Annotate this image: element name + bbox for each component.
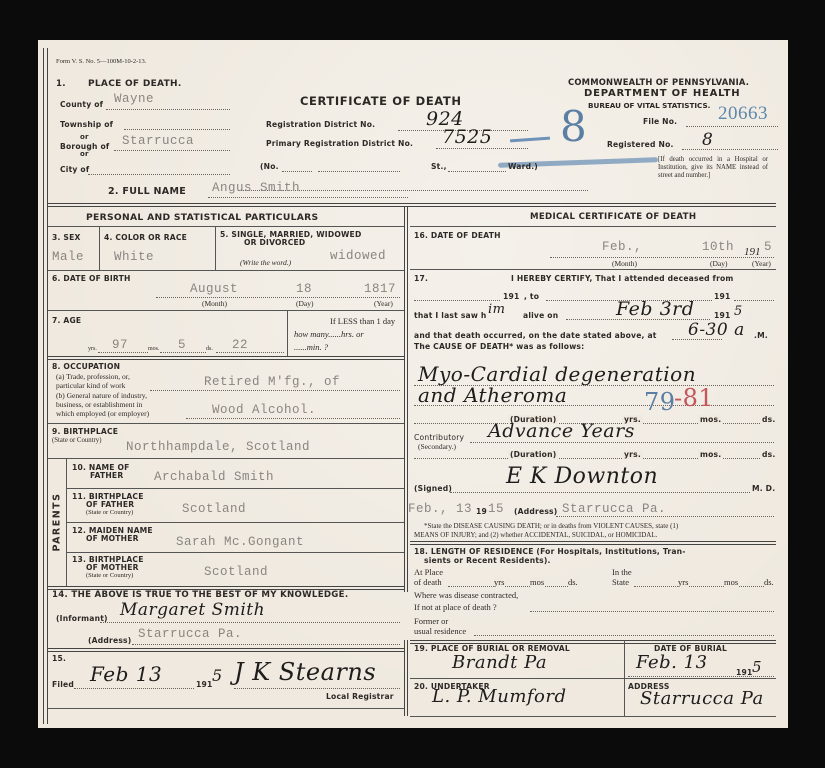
city-label: City of (60, 165, 89, 174)
hospital-note: [If death occurred in a Hospital or Inst… (658, 156, 768, 181)
mother-name-label-2: OF MOTHER (86, 534, 139, 543)
occ-a-label-2: particular kind of work (56, 381, 125, 390)
date-of-death-label: 16. DATE OF DEATH (414, 231, 501, 240)
ds-caption: ds. (206, 346, 213, 352)
father-birthplace-hint: (State or Country) (86, 509, 133, 516)
res-mos: mos (530, 577, 544, 587)
occ-b-label: (b) General nature of industry, (56, 391, 147, 400)
filed-year-suffix: 5 (212, 666, 223, 685)
informant-address-value: Starrucca Pa. (138, 627, 242, 641)
physician-address-value: Starrucca Pa. (562, 502, 666, 516)
father-birthplace-label-2: OF FATHER (86, 500, 134, 509)
mos-caption: mos. (148, 346, 160, 352)
dod-month-caption: (Month) (612, 259, 637, 268)
yrs-label-2: yrs. (622, 450, 643, 459)
undertaker-value: L. P. Mumford (432, 686, 567, 707)
certificate-title: CERTIFICATE OF DEATH (300, 94, 462, 108)
death-certificate: Form V. S. No. 5—100M-10-2-13. 1. PLACE … (38, 40, 788, 728)
death-occurred-label: and that death occurred, on the date sta… (414, 331, 657, 340)
informant-heading: 14. THE ABOVE IS TRUE TO THE BEST OF MY … (52, 590, 348, 600)
place-of-death-heading: PLACE OF DEATH. (88, 79, 182, 89)
signed-year-suffix: 15 (488, 502, 504, 516)
age-years: 97 (112, 338, 128, 352)
time-suffix: .M. (754, 331, 768, 340)
dod-day-caption: (Day) (710, 259, 728, 268)
primary-registration-annotation: 8 (560, 102, 587, 151)
birthplace-value: Northhampdale, Scotland (126, 440, 310, 454)
sex-value: Male (52, 250, 84, 264)
filed-year-prefix: 191 (196, 680, 212, 689)
contracted-label-2: If not at place of death ? (414, 602, 497, 612)
race-label: 4. COLOR OR RACE (104, 233, 187, 242)
department-label: DEPARTMENT OF HEALTH (584, 88, 740, 99)
dob-label: 6. DATE OF BIRTH (52, 274, 131, 283)
primary-registration-value: 7525 (442, 126, 492, 148)
or-label: or (80, 150, 89, 158)
occ-a-label: (a) Trade, profession, or, (56, 372, 130, 381)
local-registrar-label: Local Registrar (326, 692, 394, 701)
father-birthplace-value: Scotland (182, 502, 246, 516)
from-year: 191 (503, 292, 519, 301)
duration-label-2: (Duration) (508, 450, 558, 459)
ds-label-2: ds. (760, 450, 777, 459)
res-yrs: yrs (494, 577, 504, 587)
date-of-death-year-prefix: 191 (744, 246, 761, 258)
alive-year-prefix: 191 (714, 311, 730, 320)
birthplace-label: 9. BIRTHPLACE (52, 427, 118, 436)
signed-date: Feb., 13 (408, 502, 472, 516)
last-saw-label: that I last saw h (414, 311, 487, 320)
sex-label: 3. SEX (52, 233, 81, 242)
registered-no-value: 8 (702, 130, 713, 150)
mother-birthplace-hint: (State or Country) (86, 572, 133, 579)
to-label: , to (524, 292, 539, 301)
street-no-label: (No. (260, 162, 279, 171)
alive-year-suffix: 5 (734, 304, 743, 319)
parents-side-label: PARENTS (48, 458, 66, 586)
birthplace-hint: (State or Country) (52, 437, 101, 444)
year-caption: (Year) (374, 299, 393, 308)
state-ds: ds. (764, 577, 774, 587)
mos-label-2: mos. (698, 450, 723, 459)
less-than-day-label: If LESS than 1 day (330, 316, 395, 326)
state-yrs: yrs (678, 577, 688, 587)
occupation-label: 8. OCCUPATION (52, 362, 120, 371)
footnote-line-1: *State the DISEASE CAUSING DEATH; or in … (424, 522, 678, 530)
day-caption: (Day) (296, 299, 314, 308)
physician-address-label: (Address) (514, 507, 557, 516)
or-label: or (80, 133, 89, 141)
registration-district-label: Registration District No. (266, 120, 375, 129)
state-mos: mos (724, 577, 738, 587)
filed-date: Feb 13 (90, 662, 162, 686)
left-border (43, 48, 48, 724)
to-year: 191 (714, 292, 730, 301)
yrs-caption: yrs. (88, 346, 97, 352)
registrar-signature: J K Stearns (234, 658, 376, 686)
informant-signature: Margaret Smith (120, 600, 265, 620)
ds-label: ds. (760, 415, 777, 424)
personal-heading: PERSONAL AND STATISTICAL PARTICULARS (86, 212, 318, 223)
date-of-death-year-suffix: 5 (764, 240, 772, 254)
res-ds: ds. (568, 577, 578, 587)
contracted-label: Where was disease contracted, (414, 590, 518, 600)
file-no-label: File No. (643, 117, 677, 126)
commonwealth-label: COMMONWEALTH OF PENNSYLVANIA. (568, 77, 749, 87)
borough-value: Starrucca (122, 134, 194, 148)
duration-annotation-red: -81 (674, 384, 714, 412)
age-days: 22 (232, 338, 248, 352)
time-of-death: 6-30 a (688, 320, 745, 340)
form-number: Form V. S. No. 5—100M-10-2-13. (56, 58, 146, 65)
at-place-label: At Place (414, 567, 443, 577)
place-of-death-number: 1. (56, 79, 66, 89)
former-residence-label-2: usual residence (414, 626, 466, 636)
full-name-value: Angus Smith (212, 181, 300, 195)
last-seen-date: Feb 3rd (616, 298, 694, 320)
burial-year-suffix: 5 (752, 658, 762, 676)
date-of-death-month: Feb., (602, 240, 642, 254)
cause-of-death-line-2: and Atheroma (418, 383, 567, 407)
age-label: 7. AGE (52, 316, 81, 325)
last-saw-pronoun: im (488, 302, 506, 317)
mother-birthplace-value: Scotland (204, 565, 268, 579)
secondary-label: (Secondary.) (418, 442, 456, 451)
physician-signature: E K Downton (506, 464, 658, 489)
burial-year-prefix: 191 (736, 668, 752, 677)
county-value: Wayne (114, 92, 154, 106)
alive-on-label: alive on (523, 311, 558, 320)
file-no-value: 20663 (718, 103, 768, 125)
informant-address-label: (Address) (88, 636, 131, 645)
dob-month: August (190, 282, 238, 296)
hours-field: how many......hrs. or (294, 329, 364, 339)
marital-value: widowed (330, 249, 386, 263)
month-caption: (Month) (202, 299, 227, 308)
signed-year-prefix: 19 (476, 507, 487, 516)
county-label: County of (60, 100, 103, 109)
occupation-trade-value: Retired M'fg., of (204, 375, 340, 389)
age-months: 5 (178, 338, 186, 352)
minutes-field: ......min. ? (294, 342, 328, 352)
signed-label: (Signed) (414, 484, 452, 493)
former-residence-label: Former or (414, 616, 448, 626)
township-label: Township of (60, 120, 113, 129)
duration-annotation-blue: 79 (644, 388, 676, 416)
father-name-label-2: FATHER (90, 471, 123, 480)
in-state-label: In the (612, 567, 632, 577)
at-place-label-2: of death (414, 577, 442, 587)
full-name-label: 2. FULL NAME (108, 186, 186, 197)
contributory-cause: Advance Years (488, 420, 635, 442)
residence-heading-2: sients or Recent Residents). (424, 556, 551, 565)
primary-registration-label: Primary Registration District No. (266, 139, 413, 148)
burial-date-value: Feb. 13 (636, 652, 708, 673)
father-name-value: Archabald Smith (154, 470, 274, 484)
certify-text: I HEREBY CERTIFY, That I attended deceas… (511, 274, 734, 283)
certify-number: 17. (414, 274, 428, 283)
mother-name-value: Sarah Mc.Gongant (176, 535, 304, 549)
date-of-death-day: 10th (702, 240, 734, 254)
footnote-line-2: MEANS OF INJURY; and (2) whether ACCIDEN… (414, 531, 657, 539)
medical-heading: MEDICAL CERTIFICATE OF DEATH (530, 212, 696, 222)
registered-no-label: Registered No. (607, 140, 674, 149)
in-state-label-2: State (612, 577, 629, 587)
bureau-label: BUREAU OF VITAL STATISTICS. (588, 101, 710, 110)
dod-year-caption: (Year) (752, 259, 771, 268)
residence-heading: 18. LENGTH OF RESIDENCE (For Hospitals, … (414, 547, 686, 556)
race-value: White (114, 250, 154, 264)
occupation-industry-value: Wood Alcohol. (212, 403, 316, 417)
mos-label: mos. (698, 415, 723, 424)
undertaker-address-value: Starrucca Pa (640, 688, 764, 709)
md-label: M. D. (752, 484, 775, 493)
occ-b-label-2: business, or establishment in (56, 400, 142, 409)
burial-place-value: Brandt Pa (452, 652, 547, 673)
cause-of-death-label: The CAUSE OF DEATH* was as follows: (414, 342, 584, 351)
marital-label-2: OR DIVORCED (244, 238, 305, 247)
filed-label: Filed (52, 680, 74, 689)
occ-b-label-3: which employed (or employer) (56, 409, 149, 418)
filing-number: 15. (52, 654, 66, 663)
dob-year: 1817 (364, 282, 396, 296)
contributory-label: Contributory (414, 433, 464, 442)
marital-hint: (Write the word.) (240, 258, 291, 267)
pencil-dash (510, 137, 550, 143)
mother-birthplace-label-2: OF MOTHER (86, 563, 139, 572)
ward-label: Ward.) (508, 162, 538, 171)
street-label: St., (431, 162, 447, 171)
dob-day: 18 (296, 282, 312, 296)
